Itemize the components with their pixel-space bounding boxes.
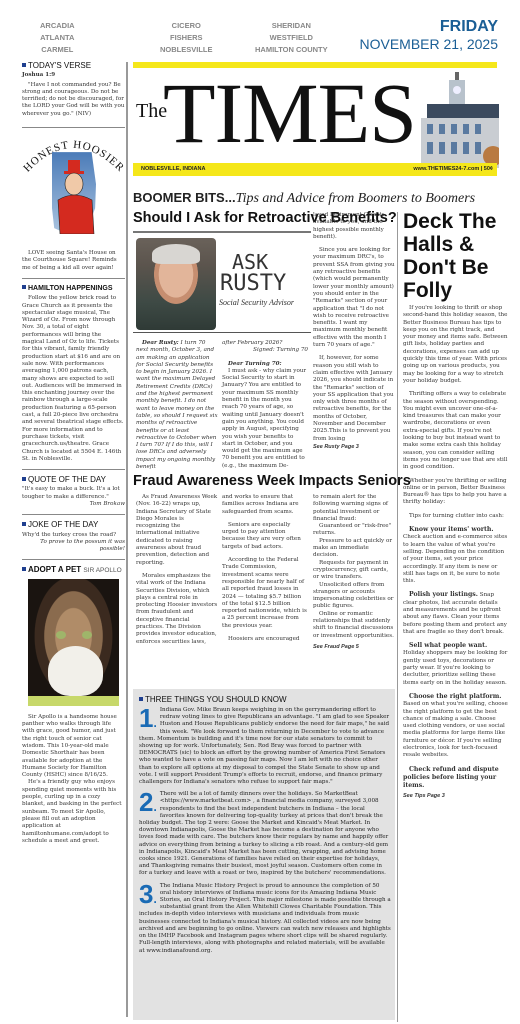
town-label: NOBLESVILLE xyxy=(160,44,213,56)
see-rusty-link[interactable]: See Rusty Page 3 xyxy=(313,444,395,451)
verse-heading: TODAY'S VERSE xyxy=(22,62,125,69)
honest-hoosier-text: LOVE seeing Santa's House on the Courtho… xyxy=(22,250,125,272)
divider xyxy=(22,278,125,279)
ask-label: ASK xyxy=(232,252,268,272)
column-divider xyxy=(397,212,398,1022)
fraud-column-2: and works to ensure that families across… xyxy=(222,494,308,643)
fraud-column-3: to remain alert for the following warnin… xyxy=(313,494,395,651)
deck-column: If you're looking to thrift or shop seco… xyxy=(403,305,508,800)
three-things-heading: THREE THINGS YOU SHOULD KNOW xyxy=(139,695,391,704)
masthead-location: NOBLESVILLE, INDIANA xyxy=(141,166,205,172)
quote-author: Tom Brokaw xyxy=(22,501,125,508)
tip-item: Choose the right platform. Based on what… xyxy=(403,693,508,760)
three-things-item: 1. Indiana Gov. Mike Braun keeps weighin… xyxy=(139,707,391,786)
quote-heading: QUOTE OF THE DAY xyxy=(22,476,125,483)
town-label: ATLANTA xyxy=(40,32,75,44)
hoosier-man-icon xyxy=(56,160,96,234)
adopt-heading: ADOPT A PET SIR APOLLO xyxy=(22,566,125,574)
rusty-role: Social Security Advisor xyxy=(219,298,294,307)
divider xyxy=(22,514,125,515)
see-tips-link[interactable]: See Tips Page 3 xyxy=(403,793,508,800)
boomer-bits-banner: BOOMER BITS...Tips and Advice from Boome… xyxy=(133,190,475,206)
warning-sign-item: Online or romantic relationships that su… xyxy=(313,611,395,640)
tip-item: Know your items' worth. Check auction an… xyxy=(403,526,508,585)
pet-photo xyxy=(28,579,119,706)
town-label: ARCADIA xyxy=(40,20,75,32)
towns-group-1: ARCADIA ATLANTA CARMEL xyxy=(40,20,75,56)
verse-text: "Have I not commanded you? Be strong and… xyxy=(22,82,125,118)
number-1-icon: 1. xyxy=(139,708,157,733)
see-fraud-link[interactable]: See Fraud Page 5 xyxy=(313,644,395,651)
town-label: WESTFIELD xyxy=(255,32,328,44)
issue-full-date: NOVEMBER 21, 2025 xyxy=(359,36,498,53)
masthead-bottom-bar: NOBLESVILLE, INDIANA www.THETIMES24-7.co… xyxy=(133,163,497,176)
sidebar: TODAY'S VERSE Joshua 1:9 "Have I not com… xyxy=(22,62,125,845)
joke-answer: To prove to the possum it was possible! xyxy=(22,539,125,554)
joke-question: Why'd the turkey cross the road? xyxy=(22,532,125,539)
warning-sign-item: Requests for payment in cryptocurrency, … xyxy=(313,560,395,582)
town-label: HAMILTON COUNTY xyxy=(255,44,328,56)
pet-name: SIR APOLLO xyxy=(83,567,121,574)
rusty-photo xyxy=(136,238,216,330)
town-label: CICERO xyxy=(160,20,213,32)
warning-sign-item: Pressure to act quickly or make an immed… xyxy=(313,538,395,560)
sidebar-divider xyxy=(126,62,128,1017)
masthead-website-price[interactable]: www.THETIMES24-7.com | 50¢ xyxy=(413,163,493,176)
fraud-column-1: As Fraud Awareness Week (Nov. 16-22) wra… xyxy=(136,494,218,646)
towns-group-2: CICERO FISHERS NOBLESVILLE xyxy=(160,20,213,56)
happenings-text: Follow the yellow brick road to Grace Ch… xyxy=(22,295,125,463)
town-label: CARMEL xyxy=(40,44,75,56)
three-things-item: 3. The Indiana Music History Project is … xyxy=(139,883,391,955)
bullet-square-icon xyxy=(22,477,26,481)
issue-date: FRIDAY NOVEMBER 21, 2025 xyxy=(359,18,498,53)
fraud-headline: Fraud Awareness Week Impacts Seniors xyxy=(133,473,411,490)
happenings-heading: HAMILTON HAPPENINGS xyxy=(22,285,125,292)
courthouse-icon xyxy=(415,68,499,168)
joke-heading: JOKE OF THE DAY xyxy=(22,521,125,528)
rusty-signature: Signed: Turning 70 xyxy=(222,347,308,354)
warning-sign-item: Guaranteed or "risk-free" returns. xyxy=(313,523,395,538)
pet-description: Sir Apollo is a handsome house panther w… xyxy=(22,714,125,780)
divider xyxy=(133,231,311,233)
honest-hoosier-graphic: HONEST HOOSIER xyxy=(22,134,125,246)
deck-headline: Deck The Halls & Don't Be Folly xyxy=(403,210,513,302)
rusty-column-2: after February 2026? Signed: Turning 70 … xyxy=(222,340,308,470)
towns-group-3: SHERIDAN WESTFIELD HAMILTON COUNTY xyxy=(255,20,328,56)
bullet-square-icon xyxy=(22,63,26,67)
verse-reference: Joshua 1:9 xyxy=(22,72,125,79)
masthead-title: TIMES xyxy=(163,68,416,158)
warning-sign-item: Unsolicited offers from strangers or acc… xyxy=(313,582,395,611)
rusty-column-1: Dear Rusty: I turn 70 next month, Octobe… xyxy=(136,340,218,471)
three-things-box: THREE THINGS YOU SHOULD KNOW 1. Indiana … xyxy=(133,689,395,1020)
three-things-item: 2. There will be a lot of family dinners… xyxy=(139,791,391,877)
divider xyxy=(133,332,311,333)
number-3-icon: 3. xyxy=(139,884,157,909)
tip-item: Check refund and dispute policies before… xyxy=(403,766,508,791)
bullet-square-icon xyxy=(139,697,143,701)
issue-day: FRIDAY xyxy=(359,18,498,36)
divider xyxy=(22,469,125,470)
rusty-column-3: layed Retirement Credits available to yo… xyxy=(313,212,395,451)
bullet-square-icon xyxy=(22,567,26,571)
bullet-square-icon xyxy=(22,285,26,289)
tip-item: Polish your listings. Snap clear photos,… xyxy=(403,591,508,636)
pet-description-2: He's a friendly guy who enjoys spending … xyxy=(22,779,125,845)
number-2-icon: 2. xyxy=(139,792,157,817)
town-label: FISHERS xyxy=(160,32,213,44)
divider xyxy=(22,559,125,560)
rusty-name: RUSTY xyxy=(220,272,286,296)
masthead: The TIMES NOBLESVILLE, INDIANA www.THETI… xyxy=(133,62,503,180)
divider xyxy=(22,127,125,128)
bullet-square-icon xyxy=(22,522,26,526)
town-label: SHERIDAN xyxy=(255,20,328,32)
quote-text: "It's easy to make a buck. It's a lot to… xyxy=(22,486,125,501)
tip-item: Sell what people want. Holiday shoppers … xyxy=(403,642,508,687)
